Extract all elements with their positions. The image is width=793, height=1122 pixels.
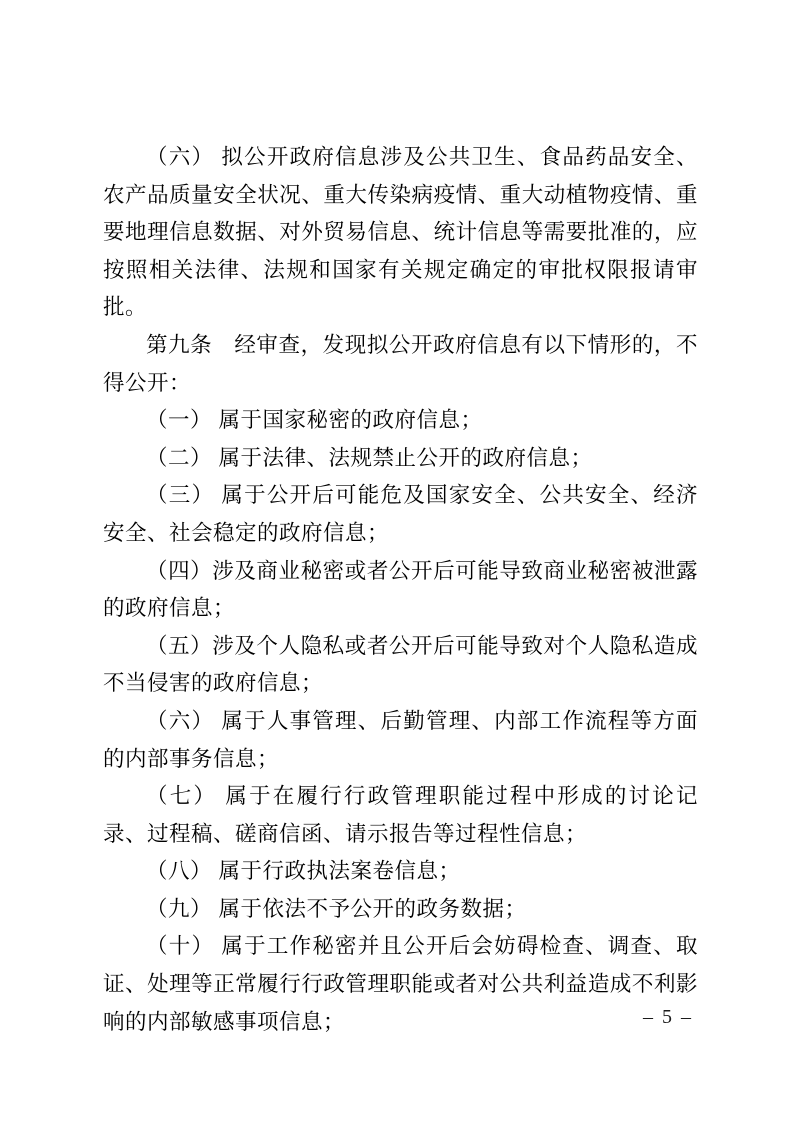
- paragraph: （一） 属于国家秘密的政府信息；: [103, 402, 698, 440]
- paragraph: （三） 属于公开后可能危及国家安全、公共安全、经济安全、社会稳定的政府信息；: [103, 477, 698, 552]
- paragraph: （五）涉及个人隐私或者公开后可能导致对个人隐私造成不当侵害的政府信息；: [103, 628, 698, 703]
- paragraph: 第九条 经审查，发现拟公开政府信息有以下情形的，不得公开：: [103, 327, 698, 402]
- paragraph: （十） 属于工作秘密并且公开后会妨碍检查、调查、取证、处理等正常履行行政管理职能…: [103, 928, 698, 1041]
- paragraph: （六） 属于人事管理、后勤管理、内部工作流程等方面的内部事务信息；: [103, 703, 698, 778]
- paragraph: （六） 拟公开政府信息涉及公共卫生、食品药品安全、农产品质量安全状况、重大传染病…: [103, 139, 698, 327]
- paragraph: （七） 属于在履行行政管理职能过程中形成的讨论记录、过程稿、磋商信函、请示报告等…: [103, 778, 698, 853]
- document-body: （六） 拟公开政府信息涉及公共卫生、食品药品安全、农产品质量安全状况、重大传染病…: [103, 139, 698, 1041]
- paragraph: （二） 属于法律、法规禁止公开的政府信息；: [103, 440, 698, 478]
- paragraph: （九） 属于依法不予公开的政务数据；: [103, 891, 698, 929]
- paragraph: （八） 属于行政执法案卷信息；: [103, 853, 698, 891]
- document-page: （六） 拟公开政府信息涉及公共卫生、食品药品安全、农产品质量安全状况、重大传染病…: [0, 0, 793, 1122]
- page-number: – 5 –: [643, 1004, 693, 1030]
- paragraph: （四）涉及商业秘密或者公开后可能导致商业秘密被泄露的政府信息；: [103, 553, 698, 628]
